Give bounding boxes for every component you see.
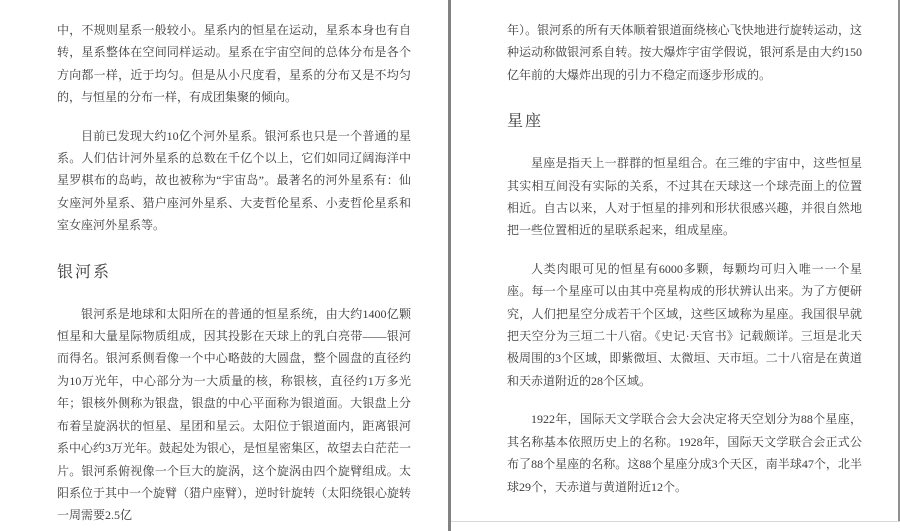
book-spread: 中，不规则星系一般较小。星系内的恒星在运动，星系本身也有自转，星系整体在空间同样…	[0, 0, 900, 531]
panel-bottom-edge	[451, 521, 900, 522]
paragraph: 年）。银河系的所有天体顺着银道面绕核心飞快地进行旋转运动，这种运动称做银河系自转…	[507, 19, 862, 86]
paragraph: 1922年，国际天文学联合会大会决定将天空划分为88个星座，其名称基本依照历史上…	[507, 408, 862, 498]
paragraph: 银河系是地球和太阳所在的普通的恒星系统，由大约1400亿颗恒星和大量星际物质组成…	[57, 303, 411, 527]
right-page: 年）。银河系的所有天体顺着银道面绕核心飞快地进行旋转运动，这种运动称做银河系自转…	[451, 0, 900, 531]
left-page: 中，不规则星系一般较小。星系内的恒星在运动，星系本身也有自转，星系整体在空间同样…	[0, 0, 448, 531]
paragraph: 人类肉眼可见的恒星有6000多颗，每颗均可归入唯一一个星座。每一个星座可以由其中…	[507, 258, 862, 392]
paragraph: 中，不规则星系一般较小。星系内的恒星在运动，星系本身也有自转，星系整体在空间同样…	[57, 19, 411, 109]
paragraph: 星座是指天上一群群的恒星组合。在三维的宇宙中，这些恒星其实相互间没有实际的关系，…	[507, 152, 862, 242]
left-page-content: 中，不规则星系一般较小。星系内的恒星在运动，星系本身也有自转，星系整体在空间同样…	[57, 19, 411, 527]
paragraph: 目前已发现大约10亿个河外星系。银河系也只是一个普通的星系。人们估计河外星系的总…	[57, 125, 411, 237]
section-heading: 银河系	[57, 261, 411, 285]
section-heading: 星座	[507, 110, 862, 134]
right-page-content: 年）。银河系的所有天体顺着银道面绕核心飞快地进行旋转运动，这种运动称做银河系自转…	[507, 19, 862, 498]
